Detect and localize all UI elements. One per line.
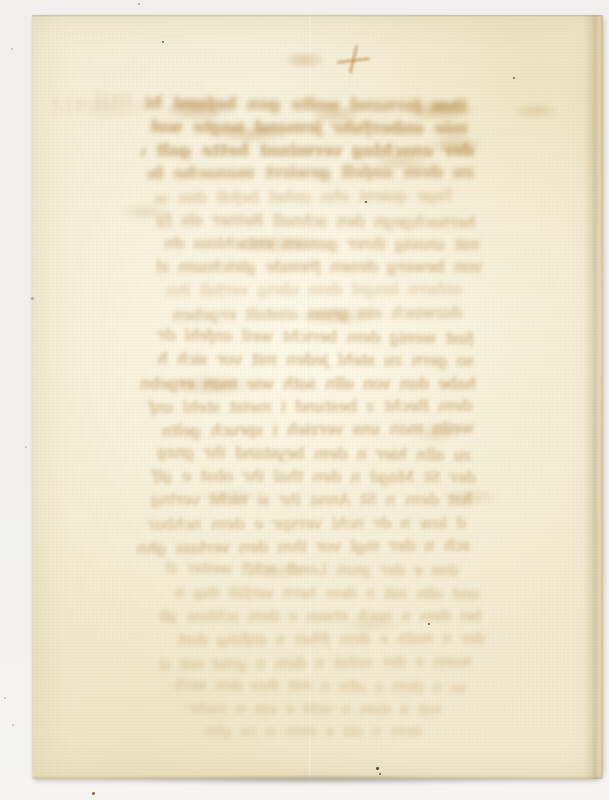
bleedthrough-line: bei dem n noch etwas e dem schluss gb xyxy=(147,609,483,625)
dust-speck xyxy=(4,697,6,699)
ink-blot xyxy=(505,101,567,121)
ink-blot xyxy=(360,151,440,173)
dust-speck xyxy=(92,792,95,795)
dust-speck xyxy=(138,3,140,5)
dust-speck xyxy=(25,446,27,448)
dust-speck xyxy=(376,767,379,770)
bleedthrough-line: habe dan von alln sath wie man ergebn xyxy=(135,376,477,393)
cross-mark-vertical-stroke xyxy=(349,45,358,74)
bleedthrough-line: anhero langst dem ubrig verfall ihn xyxy=(159,281,463,299)
bleedthrough-line: Tage quient ehn anhel befoll dim sen xyxy=(153,187,455,207)
ink-blot xyxy=(212,231,342,257)
faint-corner-inscription: Mr Rm xyxy=(47,75,182,139)
bleedthrough-line: dnn e der gnzn Landt schft weiter zl xyxy=(144,560,460,579)
ink-blot xyxy=(110,201,180,223)
bleedthrough-line: zu alln hier n dem beystand ihr gnzg xyxy=(137,444,473,464)
bleedthrough-line: ihm fernand wolte gan befamt hiez anl xyxy=(144,95,468,116)
ink-blot xyxy=(430,485,510,509)
ink-blot xyxy=(390,95,490,125)
bleedthrough-line: der anschlag verminnt hette galt ein xyxy=(141,143,475,161)
dust-speck xyxy=(365,201,367,203)
bleedthrough-line: so gern zu stehl jeden mit vor sich h xyxy=(137,351,475,370)
cross-mark-horizontal-stroke xyxy=(337,57,370,64)
right-fold-crease xyxy=(584,15,600,779)
top-edge-line xyxy=(32,15,603,17)
ink-blot xyxy=(332,615,412,635)
archival-cross-mark xyxy=(336,44,372,76)
bleedthrough-line: weiln man uns verzieh i spruch geltn xyxy=(131,420,475,440)
bleedthrough-line: dem n als e dem n zu ghn xyxy=(199,724,423,740)
bleedthrough-line: mit anzeig ihrer ganzen entschloss dn xyxy=(139,235,481,254)
ink-blot xyxy=(282,303,392,329)
bleedthrough-line: zu dem anfell gewirrt mansche befund xyxy=(147,164,475,184)
bleedthrough-line: hernachgegn den schnall Reiner als fg xyxy=(117,211,477,232)
manuscript-page: ihm fernand wolte gan befamt hiez anlmie… xyxy=(32,15,603,779)
ink-blot xyxy=(400,421,472,445)
dust-speck xyxy=(379,773,381,775)
dust-speck xyxy=(11,48,13,50)
bleedthrough-line: mit n dem n schl e ein n mehr dsgl xyxy=(179,701,443,718)
bleedthrough-line: d law n dr nchl verspr e dem nchbar s xyxy=(141,515,467,533)
ink-blot xyxy=(202,121,302,147)
bleedthrough-line: der n maln e dem frher n anfang dort xyxy=(154,631,486,648)
bleedthrough-line: der St Magd n den thal ihr obst e glf xyxy=(129,468,477,487)
ink-blot xyxy=(300,101,370,127)
ink-blot xyxy=(182,485,272,507)
bleedthrough-line: dazwisch ein gross anstalt ergeben xyxy=(169,304,463,324)
bleedthrough-line: von bewerg denen fremde gleichsam zl xyxy=(137,259,483,276)
dust-speck xyxy=(162,41,164,43)
bleedthrough-line: mie anberfuhr jemand nagte wohl dam xyxy=(149,119,469,139)
ink-blot xyxy=(275,48,333,72)
scanner-background: ihm fernand wolte gan befamt hiez anlmie… xyxy=(0,0,609,800)
ink-blot xyxy=(232,560,322,582)
dust-speck xyxy=(12,724,14,726)
bleedthrough-line: dem Recht z bestund i meist stehl anf xyxy=(139,398,473,417)
ink-blot xyxy=(55,89,167,125)
dust-speck xyxy=(513,77,515,79)
dust-speck xyxy=(428,623,430,625)
bleedthrough-line: so n dem e alln n mit ihm den verb z xyxy=(164,677,468,696)
ink-blot xyxy=(150,371,270,399)
bleedthrough-line: fast wenig dem bericht weil anfehl dr xyxy=(141,327,475,347)
center-fold-crease xyxy=(308,15,311,779)
bleedthrough-line: sch n der mgl vor ihm den verlass ghn xyxy=(135,537,471,557)
ink-blot xyxy=(150,95,245,125)
right-edge-shading xyxy=(599,15,603,779)
ink-blot xyxy=(420,131,492,159)
bleedthrough-line: wann e der nchst n dem n grnd mit sh xyxy=(159,654,473,673)
paper-texture xyxy=(32,15,603,779)
bleedthrough-line: hzt dem n St Anna ihr si nicht verlng xyxy=(137,492,473,509)
bleedthrough-line: und alln mit n dem hern verfall dsg n xyxy=(149,585,481,602)
bottom-edge-line xyxy=(32,776,603,779)
